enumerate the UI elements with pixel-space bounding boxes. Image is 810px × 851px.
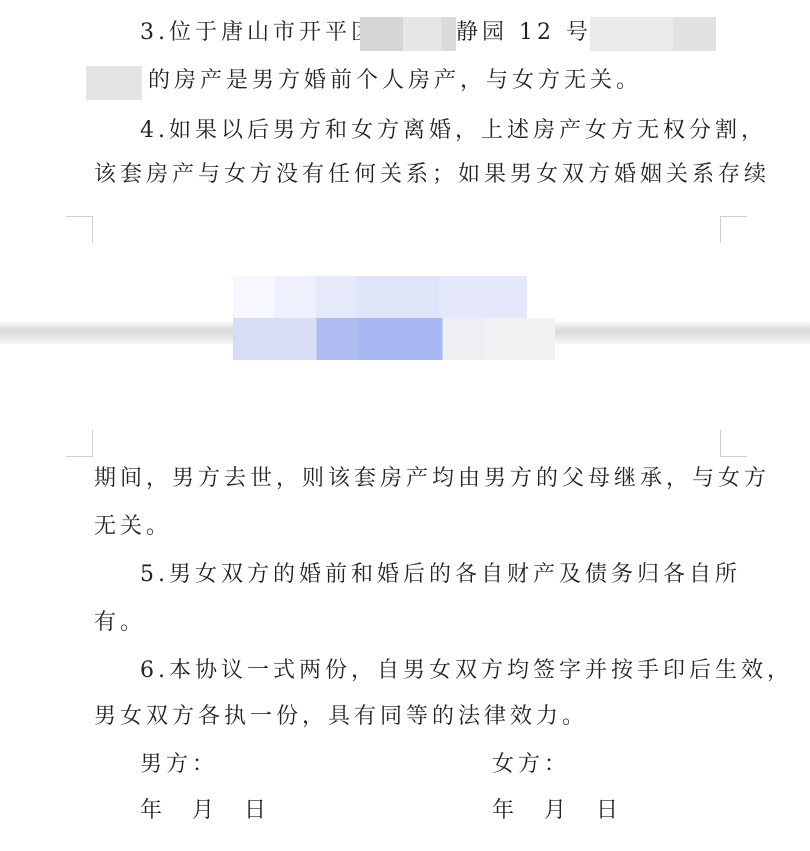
item5-line2: 有。 bbox=[94, 608, 146, 638]
page-corner-mark bbox=[66, 430, 93, 457]
item5-line1: 5.男女双方的婚前和婚后的各自财产及债务归各自所 bbox=[140, 560, 741, 590]
redacted-watermark bbox=[233, 276, 527, 318]
page-corner-mark bbox=[720, 430, 747, 457]
item3-text-part1: 3.位于唐山市开平区 bbox=[140, 18, 377, 48]
item4-line4: 无关。 bbox=[94, 512, 172, 542]
item3-text-part3: 的房产是男方婚前个人房产，与女方无关。 bbox=[148, 66, 642, 96]
redacted-unit-block bbox=[590, 17, 716, 51]
male-signature-label: 男方： bbox=[140, 750, 218, 780]
item6-line2: 男女双方各执一份，具有同等的法律效力。 bbox=[94, 702, 588, 732]
redacted-watermark bbox=[233, 318, 555, 360]
item4-line2: 该套房产与女方没有任何关系；如果男女双方婚姻关系存续 bbox=[94, 160, 770, 190]
page-corner-mark bbox=[66, 216, 93, 243]
page-corner-mark bbox=[720, 216, 747, 243]
female-signature-date: 年 月 日 bbox=[492, 796, 622, 826]
item6-line1: 6.本协议一式两份，自男女双方均签字并按手印后生效， bbox=[140, 656, 793, 686]
male-signature-date: 年 月 日 bbox=[140, 796, 270, 826]
redacted-address-block bbox=[360, 17, 456, 51]
item4-line3: 期间，男方去世，则该套房产均由男方的父母继承，与女方 bbox=[94, 464, 770, 494]
redacted-room-block bbox=[86, 66, 142, 100]
female-signature-label: 女方： bbox=[492, 750, 570, 780]
item4-line1: 4.如果以后男方和女方离婚，上述房产女方无权分割， bbox=[140, 116, 767, 146]
